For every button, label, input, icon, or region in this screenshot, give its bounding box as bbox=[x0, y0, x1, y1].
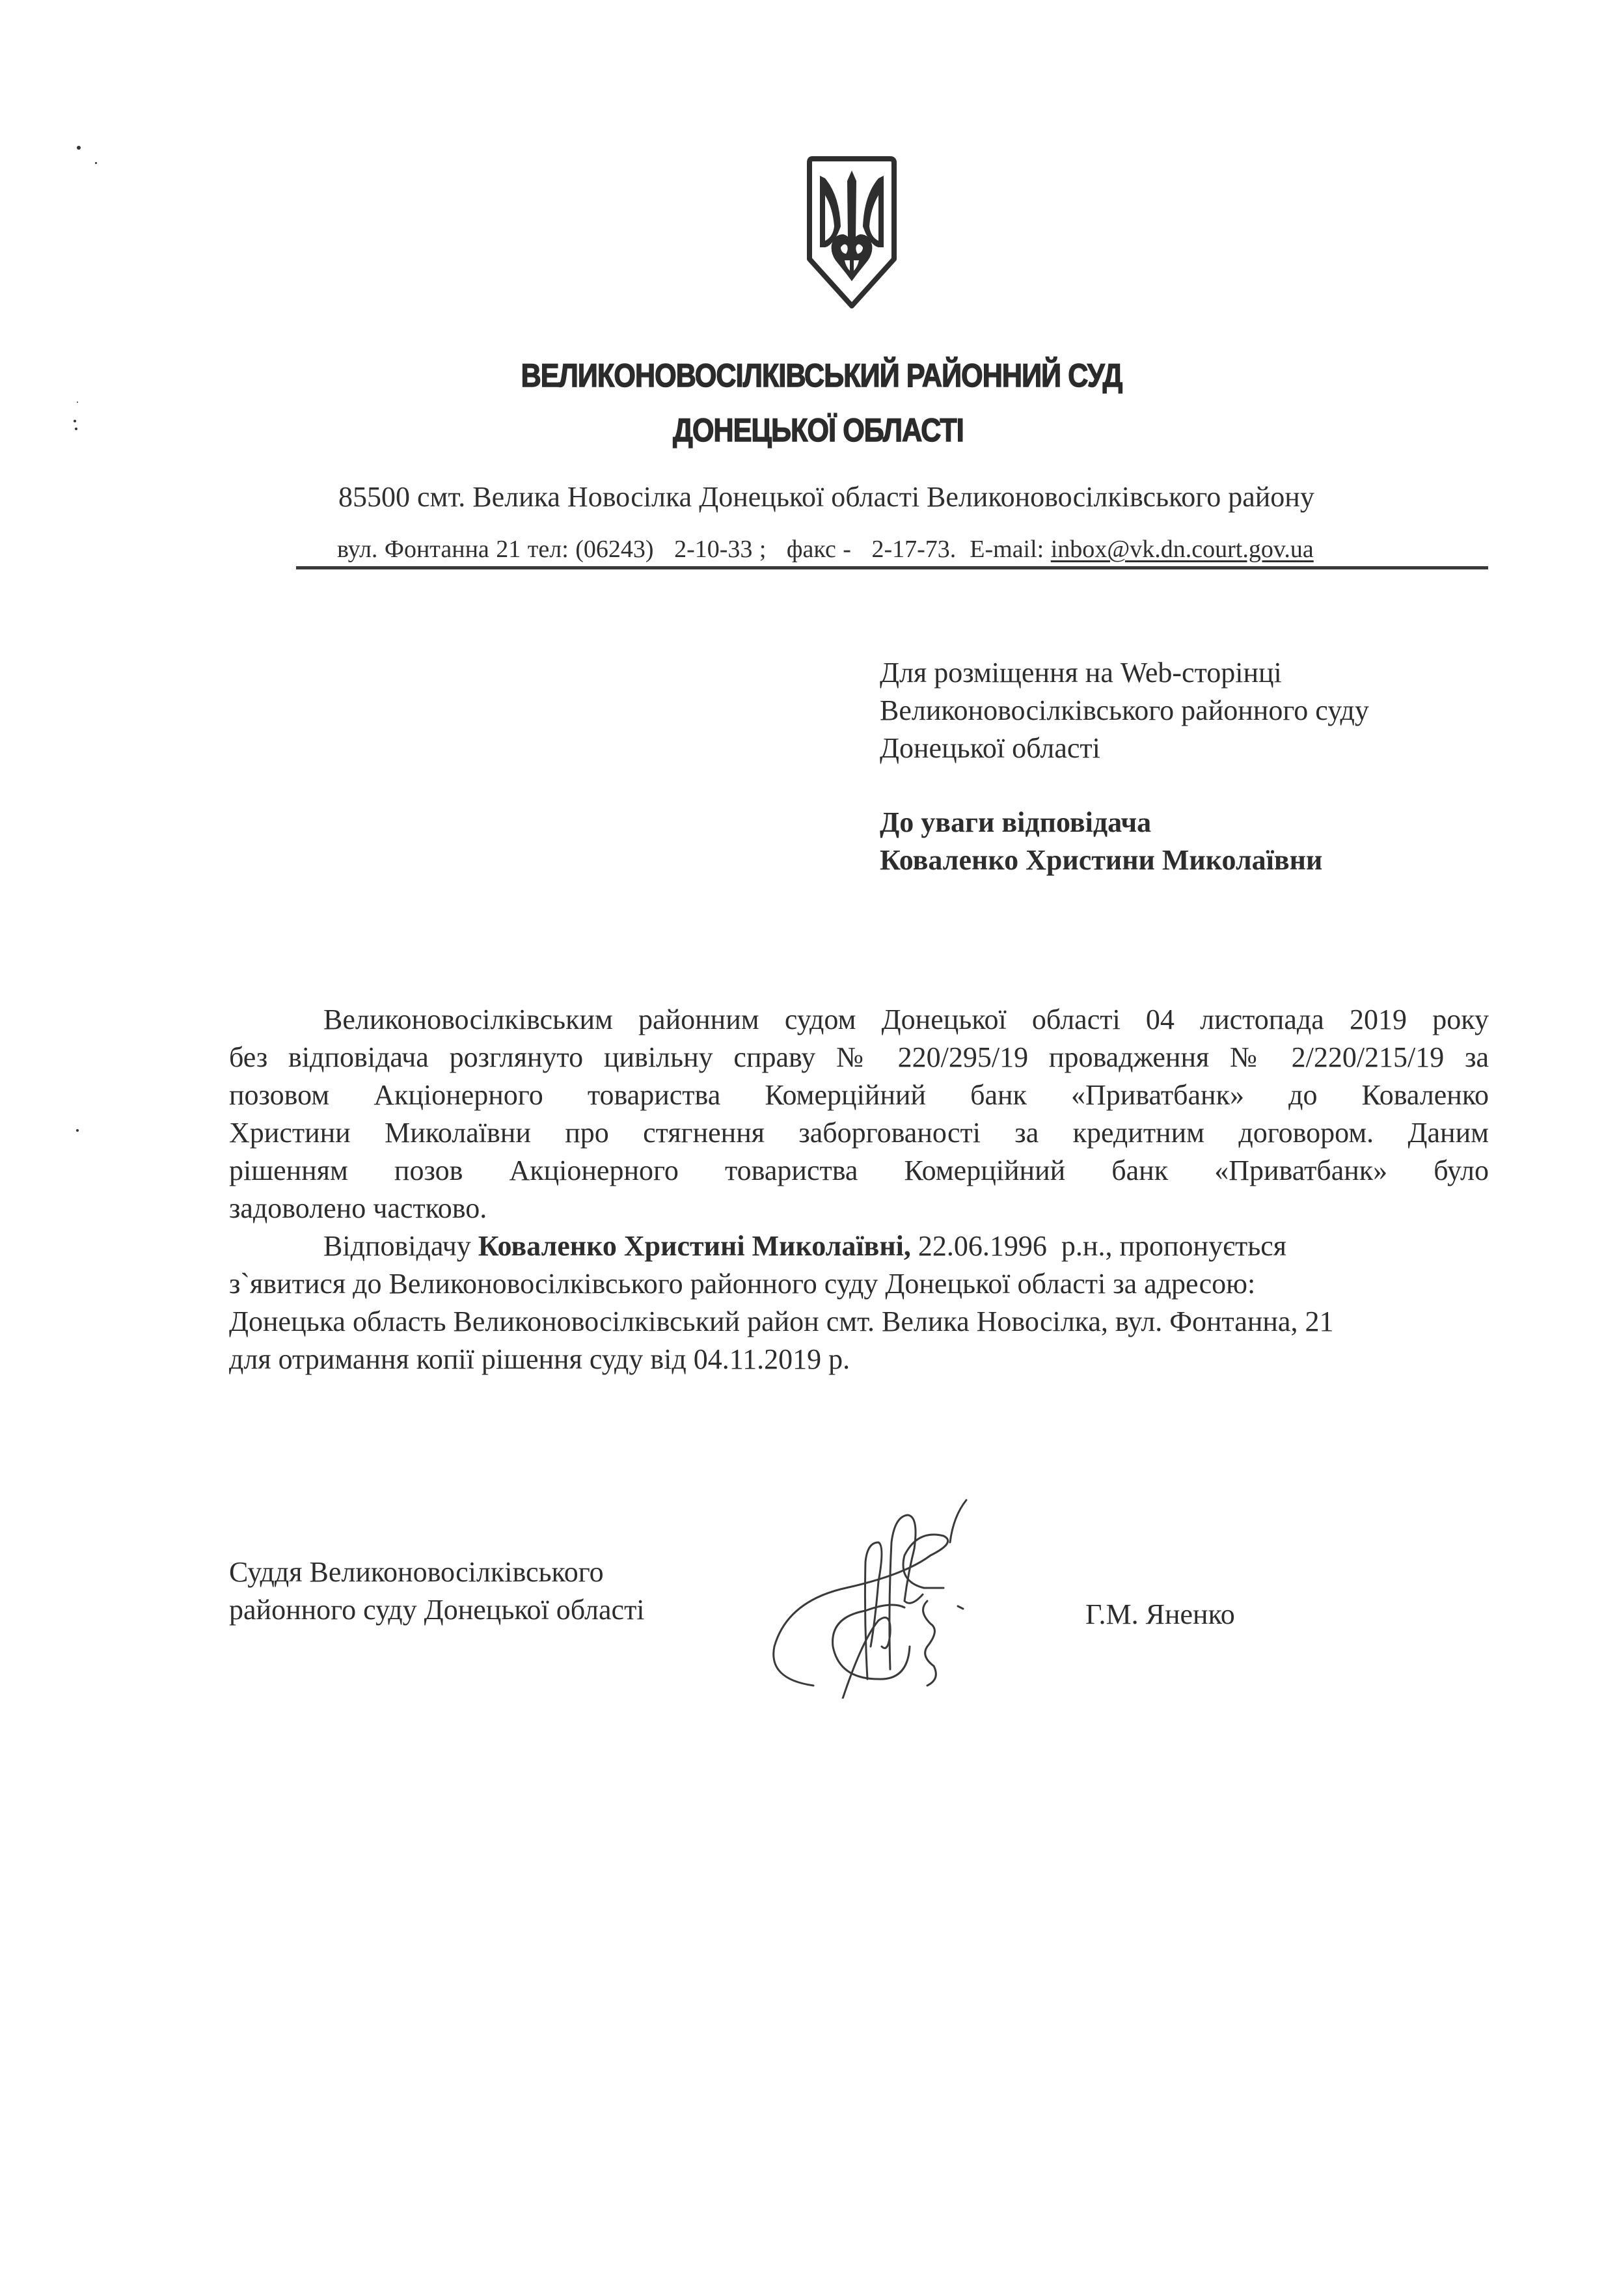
handwritten-signature-icon bbox=[748, 1490, 976, 1699]
body-line: Великоновосілківським районним судом Дон… bbox=[323, 1001, 1489, 1039]
court-region-title: ДОНЕЦЬКОЇ ОБЛАСТІ bbox=[129, 411, 1508, 449]
scan-speck bbox=[77, 402, 78, 403]
coat-of-arms-icon bbox=[806, 155, 898, 310]
body-line: без відповідача розглянуто цивільну спра… bbox=[229, 1039, 1489, 1076]
body-line: Христини Миколаївни про стягнення заборг… bbox=[229, 1114, 1489, 1152]
body-line: рішенням позов Акціонерного товариства К… bbox=[229, 1152, 1489, 1190]
defendant-name-bold: Коваленко Христині Миколаївні, bbox=[478, 1230, 911, 1262]
court-address: 85500 смт. Велика Новосілка Донецької об… bbox=[338, 480, 1314, 513]
scan-speck bbox=[77, 146, 81, 150]
body-line: Відповідачу Коваленко Христині Миколаївн… bbox=[323, 1227, 1489, 1265]
judge-position: Суддя Великоновосілківського bbox=[229, 1555, 604, 1589]
header-divider bbox=[296, 566, 1488, 569]
scan-speck bbox=[95, 162, 97, 164]
recipient-line: Великоновосілківського районного суду bbox=[880, 694, 1369, 727]
attention-line: До уваги відповідача bbox=[880, 806, 1151, 839]
body-line: задоволено частково. bbox=[229, 1190, 1489, 1227]
body-line: позовом Акціонерного товариства Комерцій… bbox=[229, 1076, 1489, 1114]
scan-speck bbox=[74, 420, 76, 422]
body-line: з`явитися до Великоновосілківського райо… bbox=[229, 1265, 1489, 1303]
court-name-title: ВЕЛИКОНОВОСІЛКІВСЬКИЙ РАЙОННИЙ СУД bbox=[132, 357, 1512, 394]
judge-position: районного суду Донецької області bbox=[229, 1593, 645, 1626]
scan-speck bbox=[76, 1129, 79, 1132]
body-line: Донецька область Великоновосілківський р… bbox=[229, 1303, 1489, 1341]
body-text: 22.06.1996 р.н., пропонується bbox=[911, 1230, 1286, 1262]
scan-speck bbox=[75, 428, 77, 430]
recipient-line: Донецької області bbox=[880, 731, 1100, 765]
judge-name: Г.М. Яненко bbox=[1085, 1598, 1235, 1631]
court-contacts: вул. Фонтанна 21 тел: (06243) 2-10-33 ; … bbox=[337, 535, 1314, 564]
body-text: Відповідачу bbox=[323, 1230, 478, 1262]
email-link[interactable]: inbox@vk.dn.court.gov.ua bbox=[1051, 536, 1314, 563]
recipient-line: Для розміщення на Web-сторінці bbox=[880, 656, 1282, 689]
body-line: для отримання копії рішення суду від 04.… bbox=[229, 1341, 1489, 1378]
defendant-name: Коваленко Христини Миколаївни bbox=[880, 843, 1322, 877]
contacts-text: вул. Фонтанна 21 тел: (06243) 2-10-33 ; … bbox=[337, 536, 1051, 563]
